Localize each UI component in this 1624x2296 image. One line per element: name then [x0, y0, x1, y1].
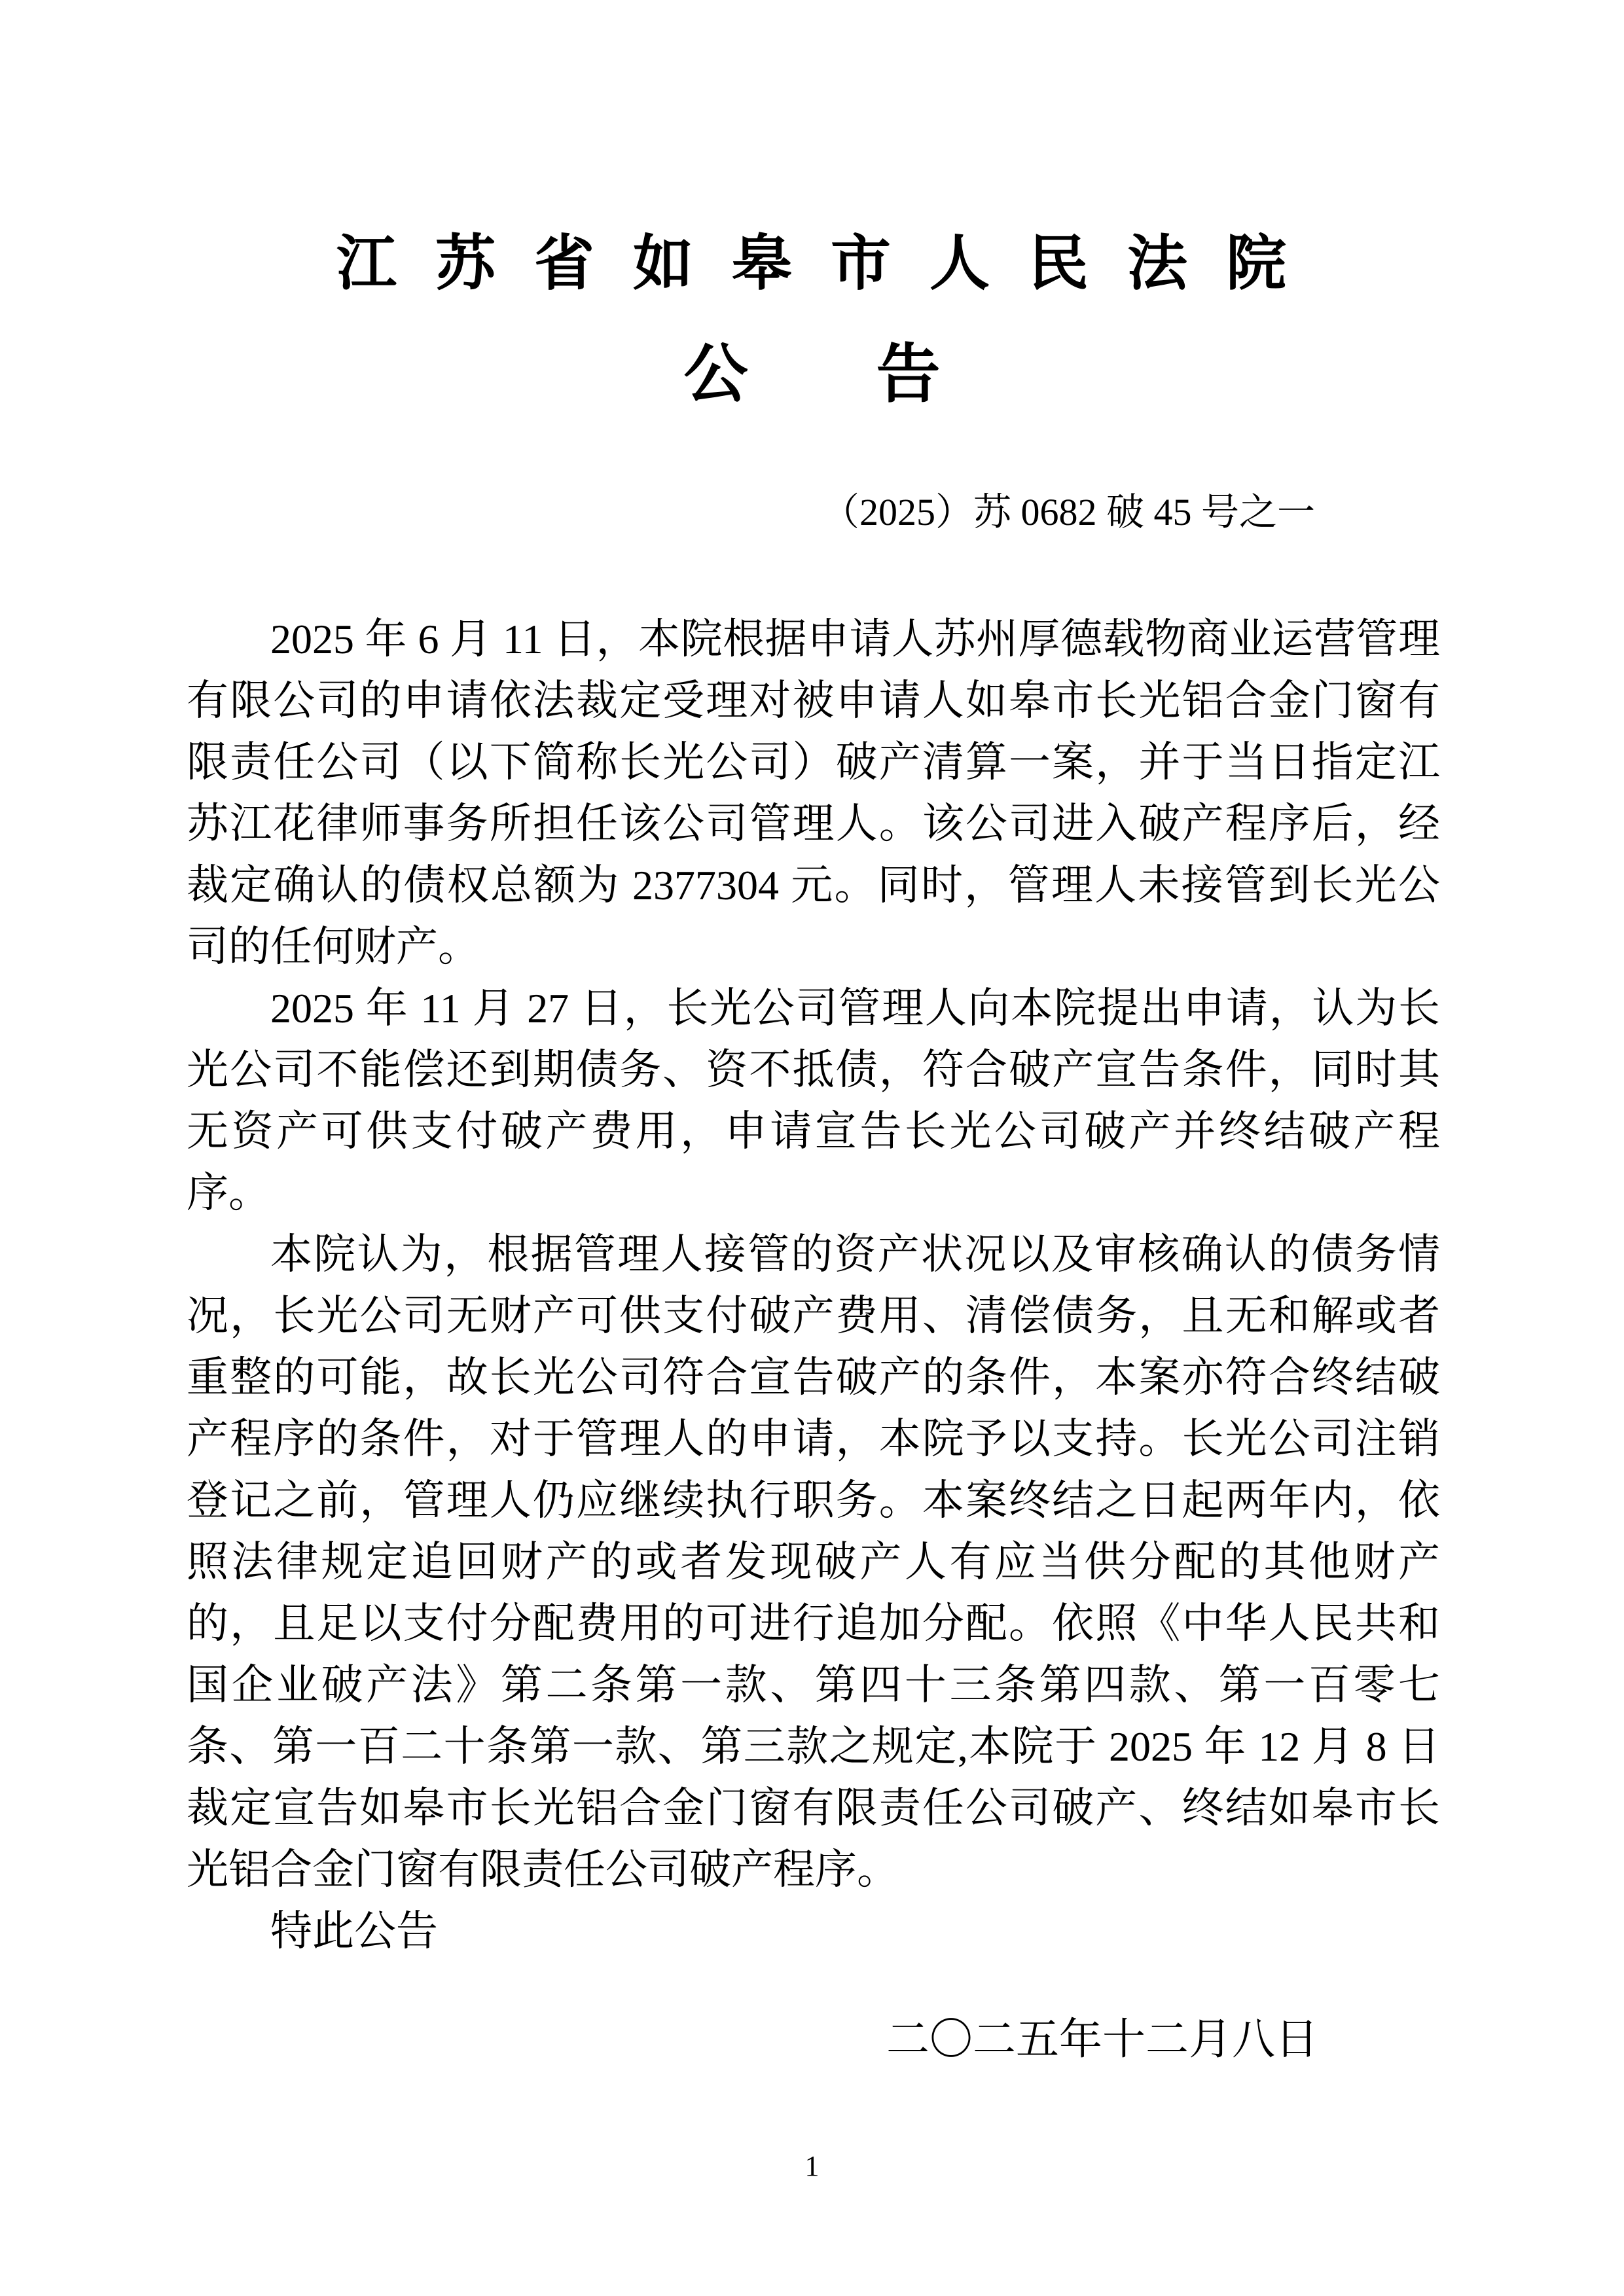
announcement-page: 江 苏 省 如 皋 市 人 民 法 院 公 告 （2025）苏 0682 破 4…: [0, 0, 1624, 2296]
page-number: 1: [0, 2148, 1624, 2185]
announcement-date: 二〇二五年十二月八日: [0, 2011, 1318, 2070]
document-title: 公 告: [0, 331, 1624, 416]
announcement-body: 2025 年 6 月 11 日，本院根据申请人苏州厚德载物商业运营管理有限公司的…: [187, 609, 1440, 1962]
case-number: （2025）苏 0682 破 45 号之一: [0, 487, 1315, 538]
court-name-heading: 江 苏 省 如 皋 市 人 民 法 院: [0, 228, 1624, 300]
body-paragraph-closing: 特此公告: [187, 1901, 1440, 1962]
body-paragraph-3: 本院认为，根据管理人接管的资产状况以及审核确认的债务情况，长光公司无财产可供支付…: [187, 1224, 1440, 1901]
body-paragraph-1: 2025 年 6 月 11 日，本院根据申请人苏州厚德载物商业运营管理有限公司的…: [187, 609, 1440, 978]
body-paragraph-2: 2025 年 11 月 27 日，长光公司管理人向本院提出申请，认为长光公司不能…: [187, 978, 1440, 1224]
